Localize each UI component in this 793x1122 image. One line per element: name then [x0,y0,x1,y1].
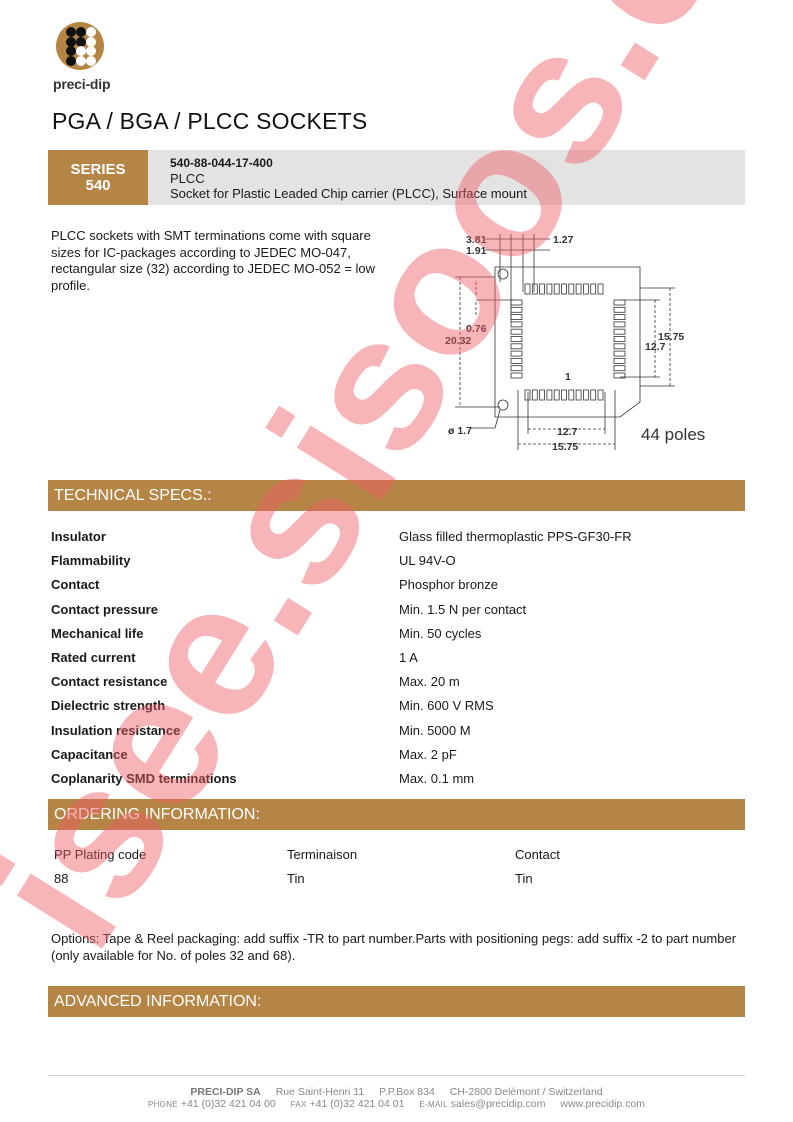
logo-dot [76,56,86,66]
advanced-information-header: ADVANCED INFORMATION: [48,986,745,1017]
table-row: Insulation resistanceMin. 5000 M [51,722,741,746]
preci-dip-dot-grid-logo-icon [56,22,104,70]
spec-label: Contact pressure [51,601,158,619]
logo-dot [76,37,86,47]
footer-box: P.P.Box 834 [379,1086,435,1098]
table-row: CapacitanceMax. 2 pF [51,746,741,770]
spec-value: 1 A [399,649,418,667]
footer-website[interactable]: www.precidip.com [560,1098,645,1110]
logo-dot [66,37,76,47]
column-header: Contact [515,847,560,862]
spec-value: Max. 0.1 mm [399,770,474,788]
logo-dot [86,27,96,37]
spec-value: Min. 600 V RMS [399,697,494,715]
spec-label: Rated current [51,649,136,667]
spec-value: Min. 1.5 N per contact [399,601,526,619]
logo-dot [86,56,96,66]
spec-value: Max. 2 pF [399,746,457,764]
series-badge: SERIES 540 [48,150,148,205]
fax-label: FAX [291,1100,307,1109]
spec-label: Mechanical life [51,625,143,643]
table-row: Rated current1 A [51,649,741,673]
footer-company: PRECI-DIP SA [190,1086,260,1098]
table-row: Contact resistanceMax. 20 m [51,673,741,697]
series-info: 540-88-044-17-400 PLCC Socket for Plasti… [170,156,527,201]
spec-label: Dielectric strength [51,697,165,715]
brand-logo: preci-dip [53,22,117,92]
dim-1-27: 1.27 [553,234,574,246]
dim-1-91: 1.91 [466,245,487,257]
spec-label: Insulator [51,528,106,546]
logo-dot [76,27,86,37]
footer-divider [48,1075,745,1076]
footer-contact: PHONE +41 (0)32 421 04 00 FAX +41 (0)32 … [0,1098,793,1110]
spec-value: Min. 50 cycles [399,625,481,643]
spec-label: Coplanarity SMD terminations [51,770,237,788]
footer-city: CH-2800 Delémont / Switzerland [450,1086,603,1098]
options-text: Options: Tape & Reel packaging: add suff… [51,931,741,964]
table-row: InsulatorGlass filled thermoplastic PPS-… [51,528,741,552]
ordering-information-header: ORDERING INFORMATION: [48,799,745,830]
series-type: PLCC [170,171,527,186]
column-header: PP Plating code [54,847,146,862]
logo-dot [66,46,76,56]
spec-label: Capacitance [51,746,128,764]
table-row: 88 Tin Tin [54,871,744,895]
dim-20-32: 20.32 [445,335,471,347]
spec-value: UL 94V-O [399,552,456,570]
spec-label: Insulation resistance [51,722,180,740]
table-row: FlammabilityUL 94V-O [51,552,741,576]
technical-specs-table: InsulatorGlass filled thermoplastic PPS-… [51,528,741,794]
table-row: ContactPhosphor bronze [51,576,741,600]
email-label: E-MAIL [419,1100,447,1109]
spec-label: Contact [51,576,99,594]
series-number: 540 [48,178,148,194]
logo-dot [86,46,96,56]
logo-dot [66,27,76,37]
dim-12-7-bottom: 12.7 [557,426,578,438]
footer-email[interactable]: sales@precidip.com [451,1098,546,1110]
series-description: Socket for Plastic Leaded Chip carrier (… [170,186,527,201]
series-header: SERIES 540 540-88-044-17-400 PLCC Socket… [48,150,745,205]
spec-label: Contact resistance [51,673,167,691]
footer-phone: +41 (0)32 421 04 00 [181,1098,276,1110]
table-row: Contact pressureMin. 1.5 N per contact [51,601,741,625]
ordering-header-row: PP Plating code Terminaison Contact [54,847,744,871]
phone-label: PHONE [148,1100,178,1109]
footer-address: PRECI-DIP SA Rue Saint-Henri 11 P.P.Box … [0,1086,793,1098]
spec-value: Glass filled thermoplastic PPS-GF30-FR [399,528,632,546]
dim-15-75-bottom: 15.75 [552,441,578,453]
logo-dot [86,37,96,47]
pin-1-label: 1 [565,371,571,383]
spec-label: Flammability [51,552,130,570]
intro-text: PLCC sockets with SMT terminations come … [51,228,396,294]
technical-specs-header: TECHNICAL SPECS.: [48,480,745,511]
poles-label: 44 poles [641,425,705,445]
logo-dot [66,56,76,66]
column-header: Terminaison [287,847,357,862]
plcc-footprint-drawing: 3.81 1.27 1.91 0.76 20.32 15.75 12.7 1 ø… [440,222,730,457]
table-row: Mechanical lifeMin. 50 cycles [51,625,741,649]
table-row: Dielectric strengthMin. 600 V RMS [51,697,741,721]
spec-value: Min. 5000 M [399,722,471,740]
spec-value: Max. 20 m [399,673,460,691]
footer-street: Rue Saint-Henri 11 [276,1086,365,1098]
dim-12-7-right: 12.7 [645,341,666,353]
dim-hole: ø 1.7 [448,425,472,437]
brand-name: preci-dip [53,76,117,92]
page-title: PGA / BGA / PLCC SOCKETS [52,108,367,135]
spec-value: Phosphor bronze [399,576,498,594]
part-number: 540-88-044-17-400 [170,156,527,171]
table-row: Coplanarity SMD terminationsMax. 0.1 mm [51,770,741,794]
terminaison-cell: Tin [287,871,305,886]
footer-fax: +41 (0)32 421 04 01 [310,1098,405,1110]
logo-dot [76,46,86,56]
dim-0-76: 0.76 [466,323,487,335]
plating-code-cell: 88 [54,871,68,886]
contact-cell: Tin [515,871,533,886]
series-label: SERIES [48,162,148,178]
ordering-table: PP Plating code Terminaison Contact 88 T… [54,847,744,895]
